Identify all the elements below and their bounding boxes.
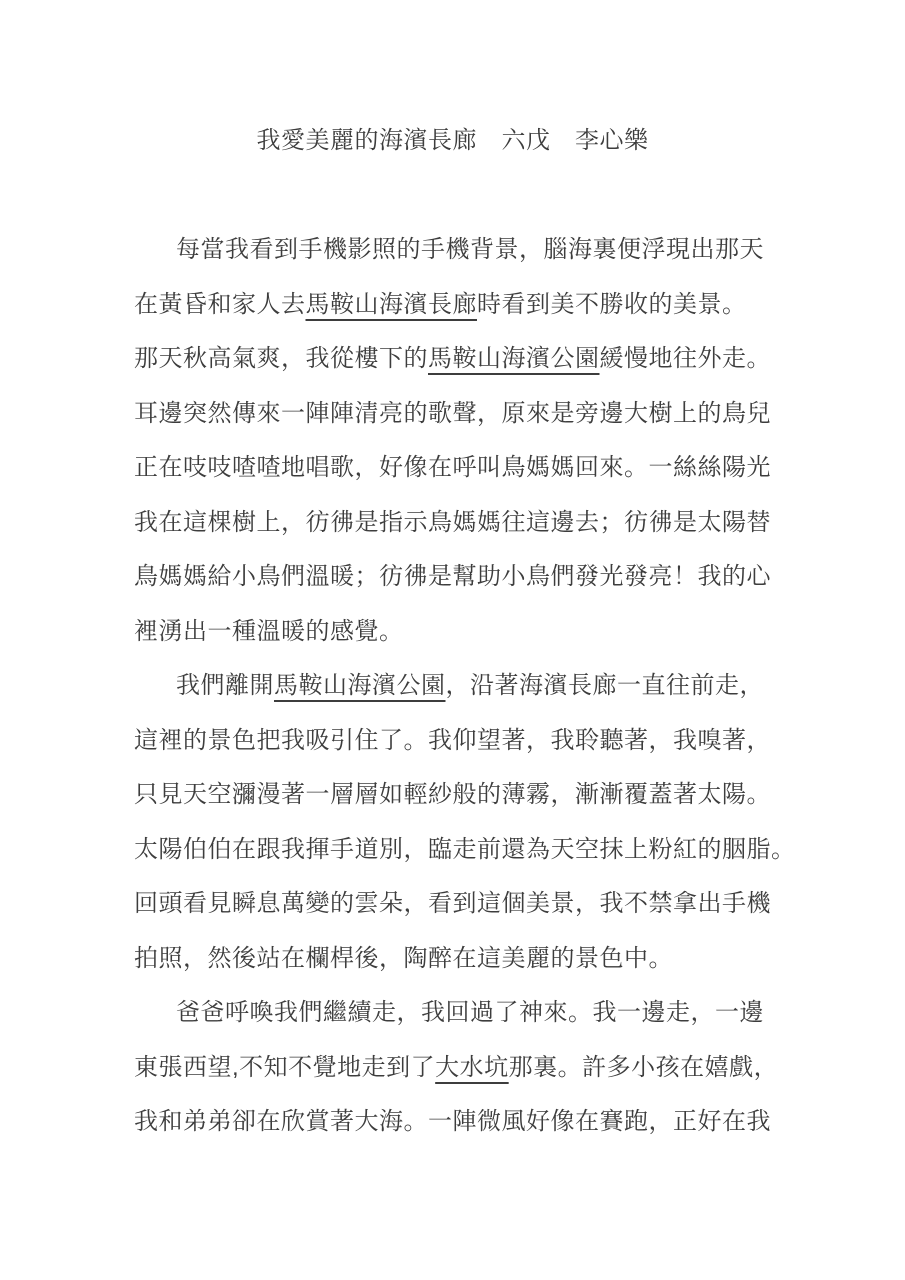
- text-line: 耳邊突然傳來一陣陣清亮的歌聲，原來是旁邊大樹上的鳥兒: [134, 387, 771, 442]
- text-line: 爸爸呼喚我們繼續走，我回過了神來。我一邊走，一邊: [134, 986, 771, 1041]
- essay-title: 我愛美麗的海濱長廊 六戊 李心樂: [134, 114, 771, 169]
- text-line: 在黃昏和家人去馬鞍山海濱長廊時看到美不勝收的美景。: [134, 278, 771, 333]
- text-segment: 那裏。許多小孩在嬉戲，: [509, 1054, 779, 1081]
- paragraph: 每當我看到手機影照的手機背景，腦海裏便浮現出那天在黃昏和家人去馬鞍山海濱長廊時看…: [134, 223, 771, 659]
- text-line: 每當我看到手機影照的手機背景，腦海裏便浮現出那天: [134, 223, 771, 278]
- text-line: 鳥媽媽給小鳥們溫暖；彷彿是幫助小鳥們發光發亮！我的心: [134, 550, 771, 605]
- text-segment: 時看到美不勝收的美景。: [477, 291, 747, 318]
- document-content: 我愛美麗的海濱長廊 六戊 李心樂 每當我看到手機影照的手機背景，腦海裏便浮現出那…: [0, 114, 905, 1150]
- text-line: 這裡的景色把我吸引住了。我仰望著，我聆聽著，我嗅著，: [134, 714, 771, 769]
- text-segment: 回頭看見瞬息萬變的雲朵，看到這個美景，我不禁拿出手機: [134, 890, 771, 917]
- text-line: 只見天空瀰漫著一層層如輕紗般的薄霧，漸漸覆蓋著太陽。: [134, 768, 771, 823]
- text-segment: 我們離開: [176, 672, 274, 699]
- text-segment: 太陽伯伯在跟我揮手道別，臨走前還為天空抹上粉紅的胭脂。: [134, 836, 796, 863]
- text-line: 正在吱吱喳喳地唱歌，好像在呼叫鳥媽媽回來。一絲絲陽光: [134, 441, 771, 496]
- text-segment: 那天秋高氣爽，我從樓下的: [134, 345, 428, 372]
- text-segment: 只見天空瀰漫著一層層如輕紗般的薄霧，漸漸覆蓋著太陽。: [134, 781, 771, 808]
- underlined-place-name: 馬鞍山海濱公園: [274, 672, 446, 699]
- paragraph: 爸爸呼喚我們繼續走，我回過了神來。我一邊走，一邊東張西望,不知不覺地走到了大水坑…: [134, 986, 771, 1150]
- essay-body: 每當我看到手機影照的手機背景，腦海裏便浮現出那天在黃昏和家人去馬鞍山海濱長廊時看…: [134, 223, 771, 1150]
- text-segment: ，沿著海濱長廊一直往前走，: [446, 672, 765, 699]
- underlined-place-name: 馬鞍山海濱公園: [428, 345, 600, 372]
- text-line: 我和弟弟卻在欣賞著大海。一陣微風好像在賽跑，正好在我: [134, 1095, 771, 1150]
- text-line: 我在這棵樹上，彷彿是指示鳥媽媽往這邊去；彷彿是太陽替: [134, 496, 771, 551]
- text-segment: 我在這棵樹上，彷彿是指示鳥媽媽往這邊去；彷彿是太陽替: [134, 509, 771, 536]
- text-line: 太陽伯伯在跟我揮手道別，臨走前還為天空抹上粉紅的胭脂。: [134, 823, 771, 878]
- text-segment: 在黃昏和家人去: [134, 291, 306, 318]
- text-segment: 這裡的景色把我吸引住了。我仰望著，我聆聽著，我嗅著，: [134, 727, 771, 754]
- text-line: 裡湧出一種溫暖的感覺。: [134, 605, 771, 660]
- text-segment: 裡湧出一種溫暖的感覺。: [134, 618, 404, 645]
- text-line: 那天秋高氣爽，我從樓下的馬鞍山海濱公園緩慢地往外走。: [134, 332, 771, 387]
- paragraph: 我們離開馬鞍山海濱公園，沿著海濱長廊一直往前走，這裡的景色把我吸引住了。我仰望著…: [134, 659, 771, 986]
- text-line: 東張西望,不知不覺地走到了大水坑那裏。許多小孩在嬉戲，: [134, 1041, 771, 1096]
- text-segment: 正在吱吱喳喳地唱歌，好像在呼叫鳥媽媽回來。一絲絲陽光: [134, 454, 771, 481]
- text-segment: 每當我看到手機影照的手機背景，腦海裏便浮現出那天: [176, 236, 764, 263]
- text-line: 回頭看見瞬息萬變的雲朵，看到這個美景，我不禁拿出手機: [134, 877, 771, 932]
- text-segment: 爸爸呼喚我們繼續走，我回過了神來。我一邊走，一邊: [176, 999, 764, 1026]
- text-segment: 耳邊突然傳來一陣陣清亮的歌聲，原來是旁邊大樹上的鳥兒: [134, 400, 771, 427]
- text-segment: 東張西望,不知不覺地走到了: [134, 1054, 435, 1081]
- text-segment: 拍照，然後站在欄桿後，陶醉在這美麗的景色中。: [134, 945, 673, 972]
- text-line: 我們離開馬鞍山海濱公園，沿著海濱長廊一直往前走，: [134, 659, 771, 714]
- underlined-place-name: 大水坑: [435, 1054, 509, 1081]
- document-page: 我愛美麗的海濱長廊 六戊 李心樂 每當我看到手機影照的手機背景，腦海裏便浮現出那…: [0, 0, 905, 1280]
- text-line: 拍照，然後站在欄桿後，陶醉在這美麗的景色中。: [134, 932, 771, 987]
- text-segment: 我和弟弟卻在欣賞著大海。一陣微風好像在賽跑，正好在我: [134, 1108, 771, 1135]
- underlined-place-name: 馬鞍山海濱長廊: [306, 291, 478, 318]
- text-segment: 鳥媽媽給小鳥們溫暖；彷彿是幫助小鳥們發光發亮！我的心: [134, 563, 771, 590]
- text-segment: 緩慢地往外走。: [600, 345, 772, 372]
